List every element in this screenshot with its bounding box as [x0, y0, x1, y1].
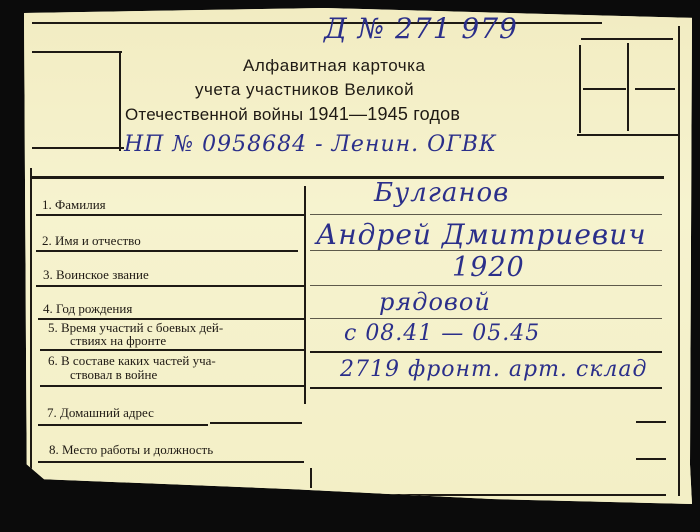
field-value-surname: Булганов — [374, 178, 509, 208]
right-box-mid — [627, 43, 629, 131]
row-rule-6-left — [40, 385, 304, 387]
row-rule-2-left — [36, 250, 298, 252]
field-label-service-period-2: ствиях на фронте — [70, 334, 166, 347]
left-box-right — [119, 51, 121, 151]
row-rule-3-left — [36, 285, 304, 287]
field-label-surname: 1. Фамилия — [42, 198, 106, 211]
title-line-1: Алфавитная карточка — [243, 56, 425, 76]
right-box-h1 — [583, 88, 626, 90]
address-blank — [210, 422, 302, 424]
row-rule-8-right — [636, 458, 666, 460]
row-rule-7-left — [38, 424, 208, 426]
field-value-rank: 1920 — [452, 252, 525, 283]
field-label-units-2: ствовал в войне — [70, 368, 157, 381]
bottom-rule-right — [230, 494, 666, 496]
field-label-workplace: 8. Место работы и должность — [49, 443, 213, 456]
title-years: 1941—1945 годов — [308, 104, 460, 124]
row-rule-8-left — [38, 461, 304, 463]
field-value-name: Андрей Дмитриевич — [316, 218, 647, 251]
row-rule-7-right — [636, 421, 666, 423]
right-box-bottom — [577, 134, 679, 136]
registration-card: Д № 271 979 Алфавитная карточка учета уч… — [24, 8, 692, 504]
row-rule-3-right — [310, 285, 662, 286]
field-value-birth-year: рядовой — [379, 288, 491, 316]
bottom-rule-left — [36, 496, 226, 498]
form-center-divider — [304, 186, 306, 404]
right-box-left — [579, 45, 581, 133]
field-value-units: 2719 фронт. арт. склад — [340, 357, 647, 382]
form-center-tick — [310, 468, 312, 488]
form-left-border — [30, 168, 32, 496]
field-label-units-1: 6. В составе каких частей уча- — [48, 354, 216, 367]
card-number-handwritten: Д № 271 979 — [324, 12, 518, 45]
field-label-address: 7. Домашний адрес — [47, 406, 154, 419]
title-line-2: учета участников Великой — [195, 80, 414, 100]
title-line-3-prefix: Отечественной войны — [125, 105, 308, 124]
row-rule-5-right — [310, 351, 662, 353]
row-rule-1-left — [36, 214, 304, 216]
field-label-name: 2. Имя и отчество — [42, 234, 141, 247]
field-label-birth-year: 4. Год рождения — [43, 302, 132, 315]
row-rule-1-right — [310, 214, 662, 215]
row-rule-5-left — [40, 349, 304, 351]
left-box-top — [32, 51, 122, 53]
right-box-top — [581, 38, 673, 40]
right-edge-rule — [678, 26, 680, 496]
title-line-3: Отечественной войны 1941—1945 годов — [125, 104, 460, 125]
form-top-rule — [32, 176, 664, 179]
row-rule-6-right — [310, 387, 662, 389]
right-box-h2 — [635, 88, 675, 90]
field-value-service-period: с 08.41 — 05.45 — [344, 321, 540, 346]
left-box-bottom — [32, 147, 124, 149]
document-ref-handwritten: НП № 0958684 - Ленин. ОГВК — [124, 132, 497, 157]
row-rule-4-right — [310, 318, 662, 319]
field-label-rank: 3. Воинское звание — [43, 268, 149, 281]
